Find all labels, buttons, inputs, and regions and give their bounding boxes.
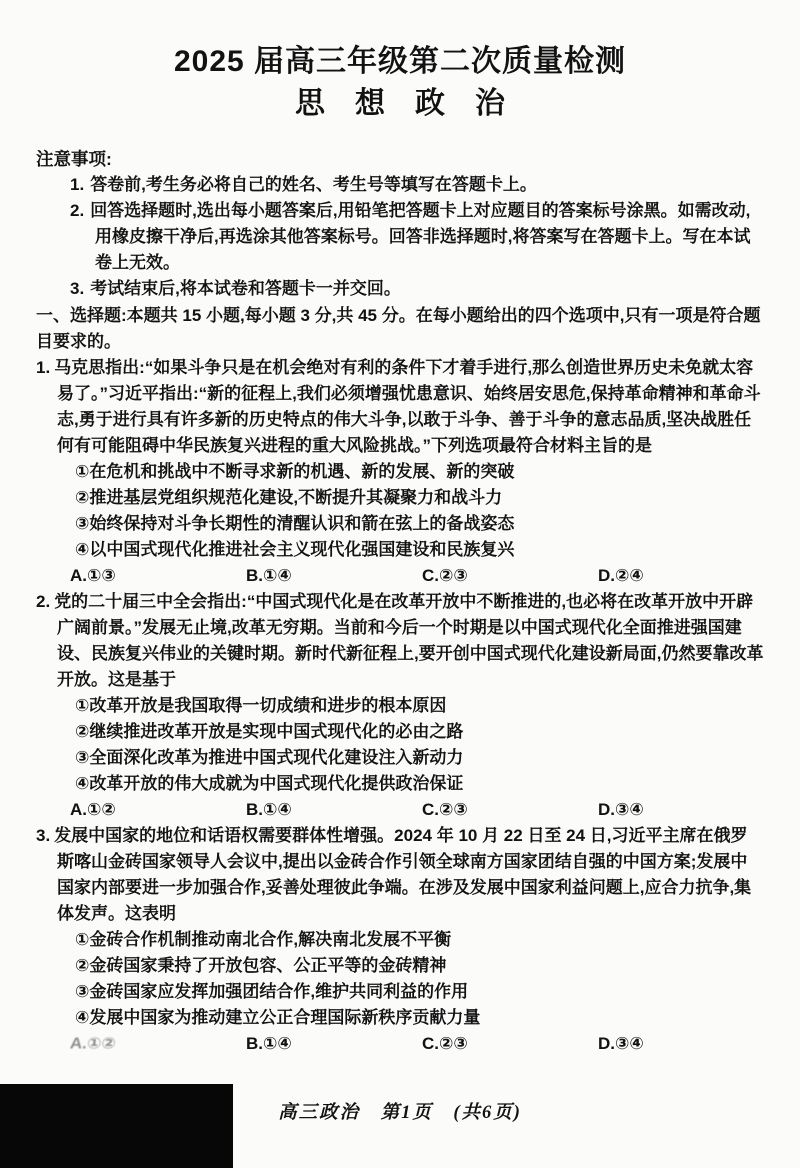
page-footer-text: 高三政治 第1页 (共6页) [278,1103,522,1123]
note-number: 3. [70,279,90,298]
circled-item-2: ②金砖国家秉持了开放包容、公正平等的金砖精神 [36,953,764,979]
option-c: C.②③ [422,1031,598,1057]
notice-item-1: 1.答卷前,考生务必将自己的姓名、考生号等填写在答题卡上。 [36,172,764,198]
circled-item-1: ①在危机和挑战中不断寻求新的机遇、新的发展、新的突破 [36,459,764,485]
stem-text: 党的二十届三中全会指出:“中国式现代化是在改革开放中不断推进的,也必将在改革开放… [54,592,763,689]
question-stem: 1.马克思指出:“如果斗争只是在机会绝对有利的条件下才着手进行,那么创造世界历史… [36,355,764,459]
option-b: B.①④ [246,563,422,589]
note-text: 考试结束后,将本试卷和答题卡一并交回。 [90,279,401,298]
circled-item-4: ④改革开放的伟大成就为中国式现代化提供政治保证 [36,771,764,797]
circled-item-4: ④发展中国家为推动建立公正合理国际新秩序贡献力量 [36,1005,764,1031]
exam-paper-page: 2025 届高三年级第二次质量检测 思 想 政 治 注意事项: 1.答卷前,考生… [0,0,800,1168]
question-number: 2. [36,592,54,611]
options-row: A.①② B.①④ C.②③ D.③④ [36,797,764,823]
option-c: C.②③ [422,563,598,589]
note-text: 答卷前,考生务必将自己的姓名、考生号等填写在答题卡上。 [90,175,537,194]
circled-item-1: ①金砖合作机制推动南北合作,解决南北发展不平衡 [36,927,764,953]
question-2: 2.党的二十届三中全会指出:“中国式现代化是在改革开放中不断推进的,也必将在改革… [36,589,764,823]
option-b: B.①④ [246,1031,422,1057]
note-text: 回答选择题时,选出每小题答案后,用铅笔把答题卡上对应题目的答案标号涂黑。如需改动… [90,201,750,272]
circled-item-3: ③始终保持对斗争长期性的清醒认识和箭在弦上的备战姿态 [36,511,764,537]
option-a: A.①③ [70,563,246,589]
options-row: A.①③ B.①④ C.②③ D.②④ [36,563,764,589]
circled-item-2: ②推进基层党组织规范化建设,不断提升其凝聚力和战斗力 [36,485,764,511]
circled-item-3: ③金砖国家应发挥加强团结合作,维护共同利益的作用 [36,979,764,1005]
option-d: D.③④ [598,1031,644,1057]
section-heading: 一、选择题:本题共 15 小题,每小题 3 分,共 45 分。在每小题给出的四个… [36,303,764,355]
notice-heading: 注意事项: [36,146,764,172]
note-number: 1. [70,175,90,194]
question-3: 3.发展中国家的地位和话语权需要群体性增强。2024 年 10 月 22 日至 … [36,823,764,1057]
circled-item-3: ③全面深化改革为推进中国式现代化建设注入新动力 [36,745,764,771]
question-1: 1.马克思指出:“如果斗争只是在机会绝对有利的条件下才着手进行,那么创造世界历史… [36,355,764,589]
redaction-box [0,1084,233,1168]
exam-title: 2025 届高三年级第二次质量检测 [36,44,764,80]
option-a: A.①② [70,797,246,823]
question-number: 3. [36,826,54,845]
option-d: D.③④ [598,797,644,823]
stem-text: 发展中国家的地位和话语权需要群体性增强。2024 年 10 月 22 日至 24… [54,826,751,923]
option-c: C.②③ [422,797,598,823]
circled-item-1: ①改革开放是我国取得一切成绩和进步的根本原因 [36,693,764,719]
circled-item-2: ②继续推进改革开放是实现中国式现代化的必由之路 [36,719,764,745]
question-stem: 3.发展中国家的地位和话语权需要群体性增强。2024 年 10 月 22 日至 … [36,823,764,927]
option-a-ghosted: A.①② [69,1032,248,1056]
notice-item-3: 3.考试结束后,将本试卷和答题卡一并交回。 [36,276,764,302]
question-number: 1. [36,358,54,377]
option-d: D.②④ [598,563,644,589]
options-row: A.①② B.①④ C.②③ D.③④ [36,1031,764,1057]
circled-item-4: ④以中国式现代化推进社会主义现代化强国建设和民族复兴 [36,537,764,563]
page-content: 2025 届高三年级第二次质量检测 思 想 政 治 注意事项: 1.答卷前,考生… [0,44,800,1057]
option-b: B.①④ [246,797,422,823]
notice-item-2: 2.回答选择题时,选出每小题答案后,用铅笔把答题卡上对应题目的答案标号涂黑。如需… [36,198,764,276]
question-stem: 2.党的二十届三中全会指出:“中国式现代化是在改革开放中不断推进的,也必将在改革… [36,589,764,693]
exam-subject: 思 想 政 治 [36,86,764,122]
stem-text: 马克思指出:“如果斗争只是在机会绝对有利的条件下才着手进行,那么创造世界历史未免… [54,358,760,455]
note-number: 2. [70,201,90,220]
